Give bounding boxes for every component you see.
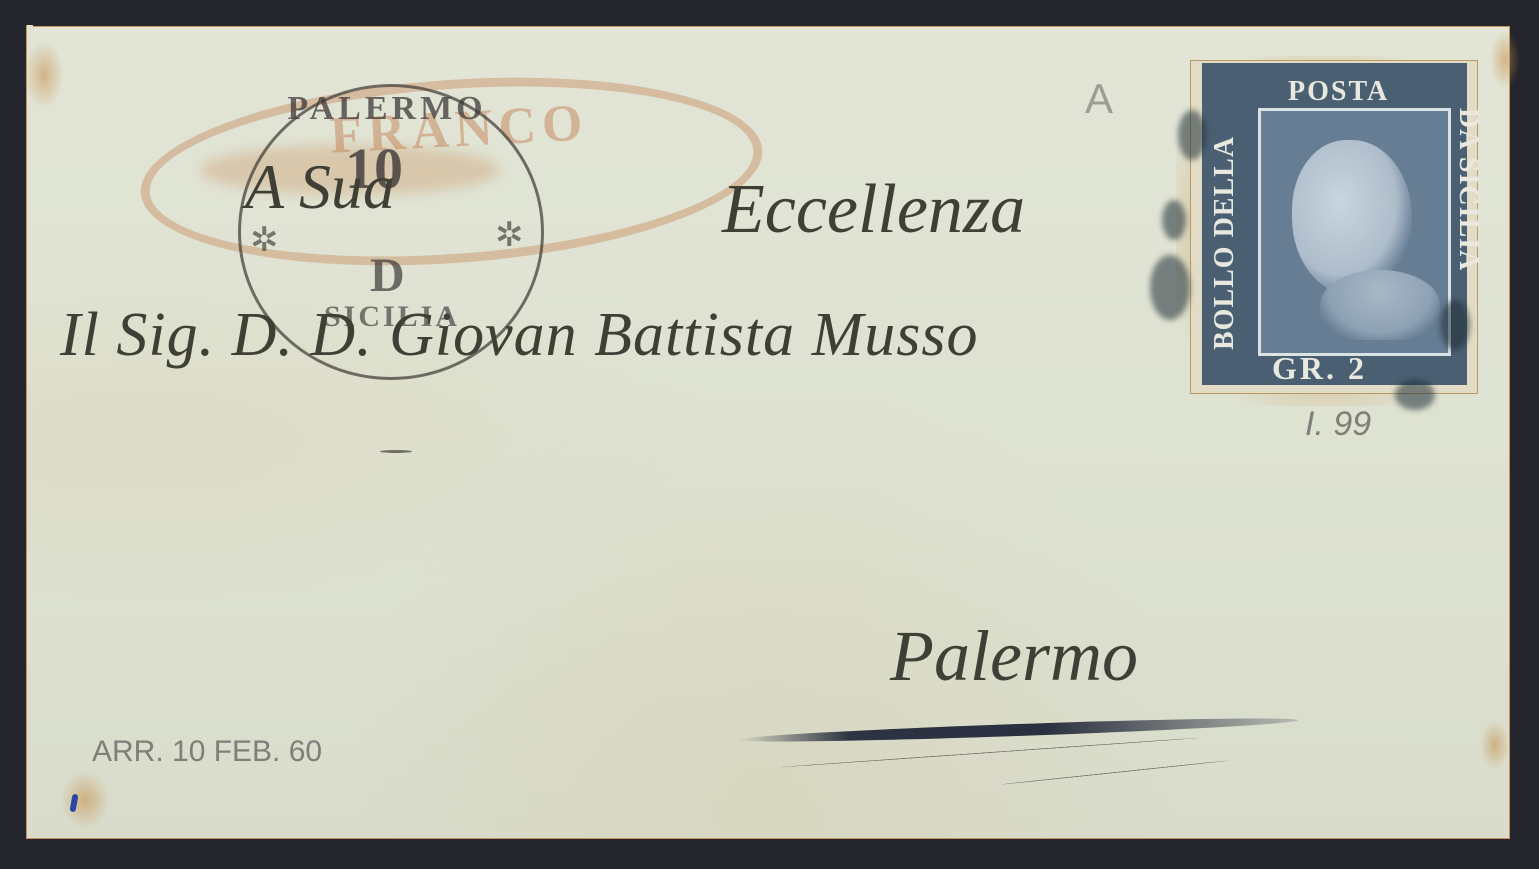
foxing-stain [1480,720,1510,770]
stamp-left-text: BOLLO DELLA [1209,136,1241,350]
obliterator-mark [1162,200,1186,240]
obliterator-mark [1178,110,1206,160]
cds-star-icon: ✲ [495,215,524,255]
foxing-stain [60,770,110,830]
cds-star-icon: ✲ [250,220,279,260]
obliterator-mark [1395,380,1435,410]
arrival-pencil-note: ARR. 10 FEB. 60 [92,735,322,769]
address-city: Palermo [890,615,1138,698]
stamp-value-text: GR. 2 [1272,350,1367,387]
address-line-2: Eccellenza [722,170,1025,250]
portrait-bust [1320,270,1440,340]
stamp-top-text: POSTA [1288,76,1389,108]
address-line-3: Il Sig. D. D. Giovan Battista Musso [60,300,978,371]
catalog-pencil-note: I. 99 [1305,405,1371,444]
top-pencil-mark: A [1085,75,1113,123]
obliterator-mark [1150,255,1190,320]
foxing-stain [1490,30,1520,90]
foxing-stain [24,40,64,110]
obliterator-mark [1440,300,1470,350]
stamp-right-text: DA SICILIA [1452,108,1484,271]
address-line-1: A Sua [245,150,395,224]
dash-mark [380,450,412,453]
cds-day: D [370,248,405,303]
cds-town: PALERMO [262,90,512,128]
